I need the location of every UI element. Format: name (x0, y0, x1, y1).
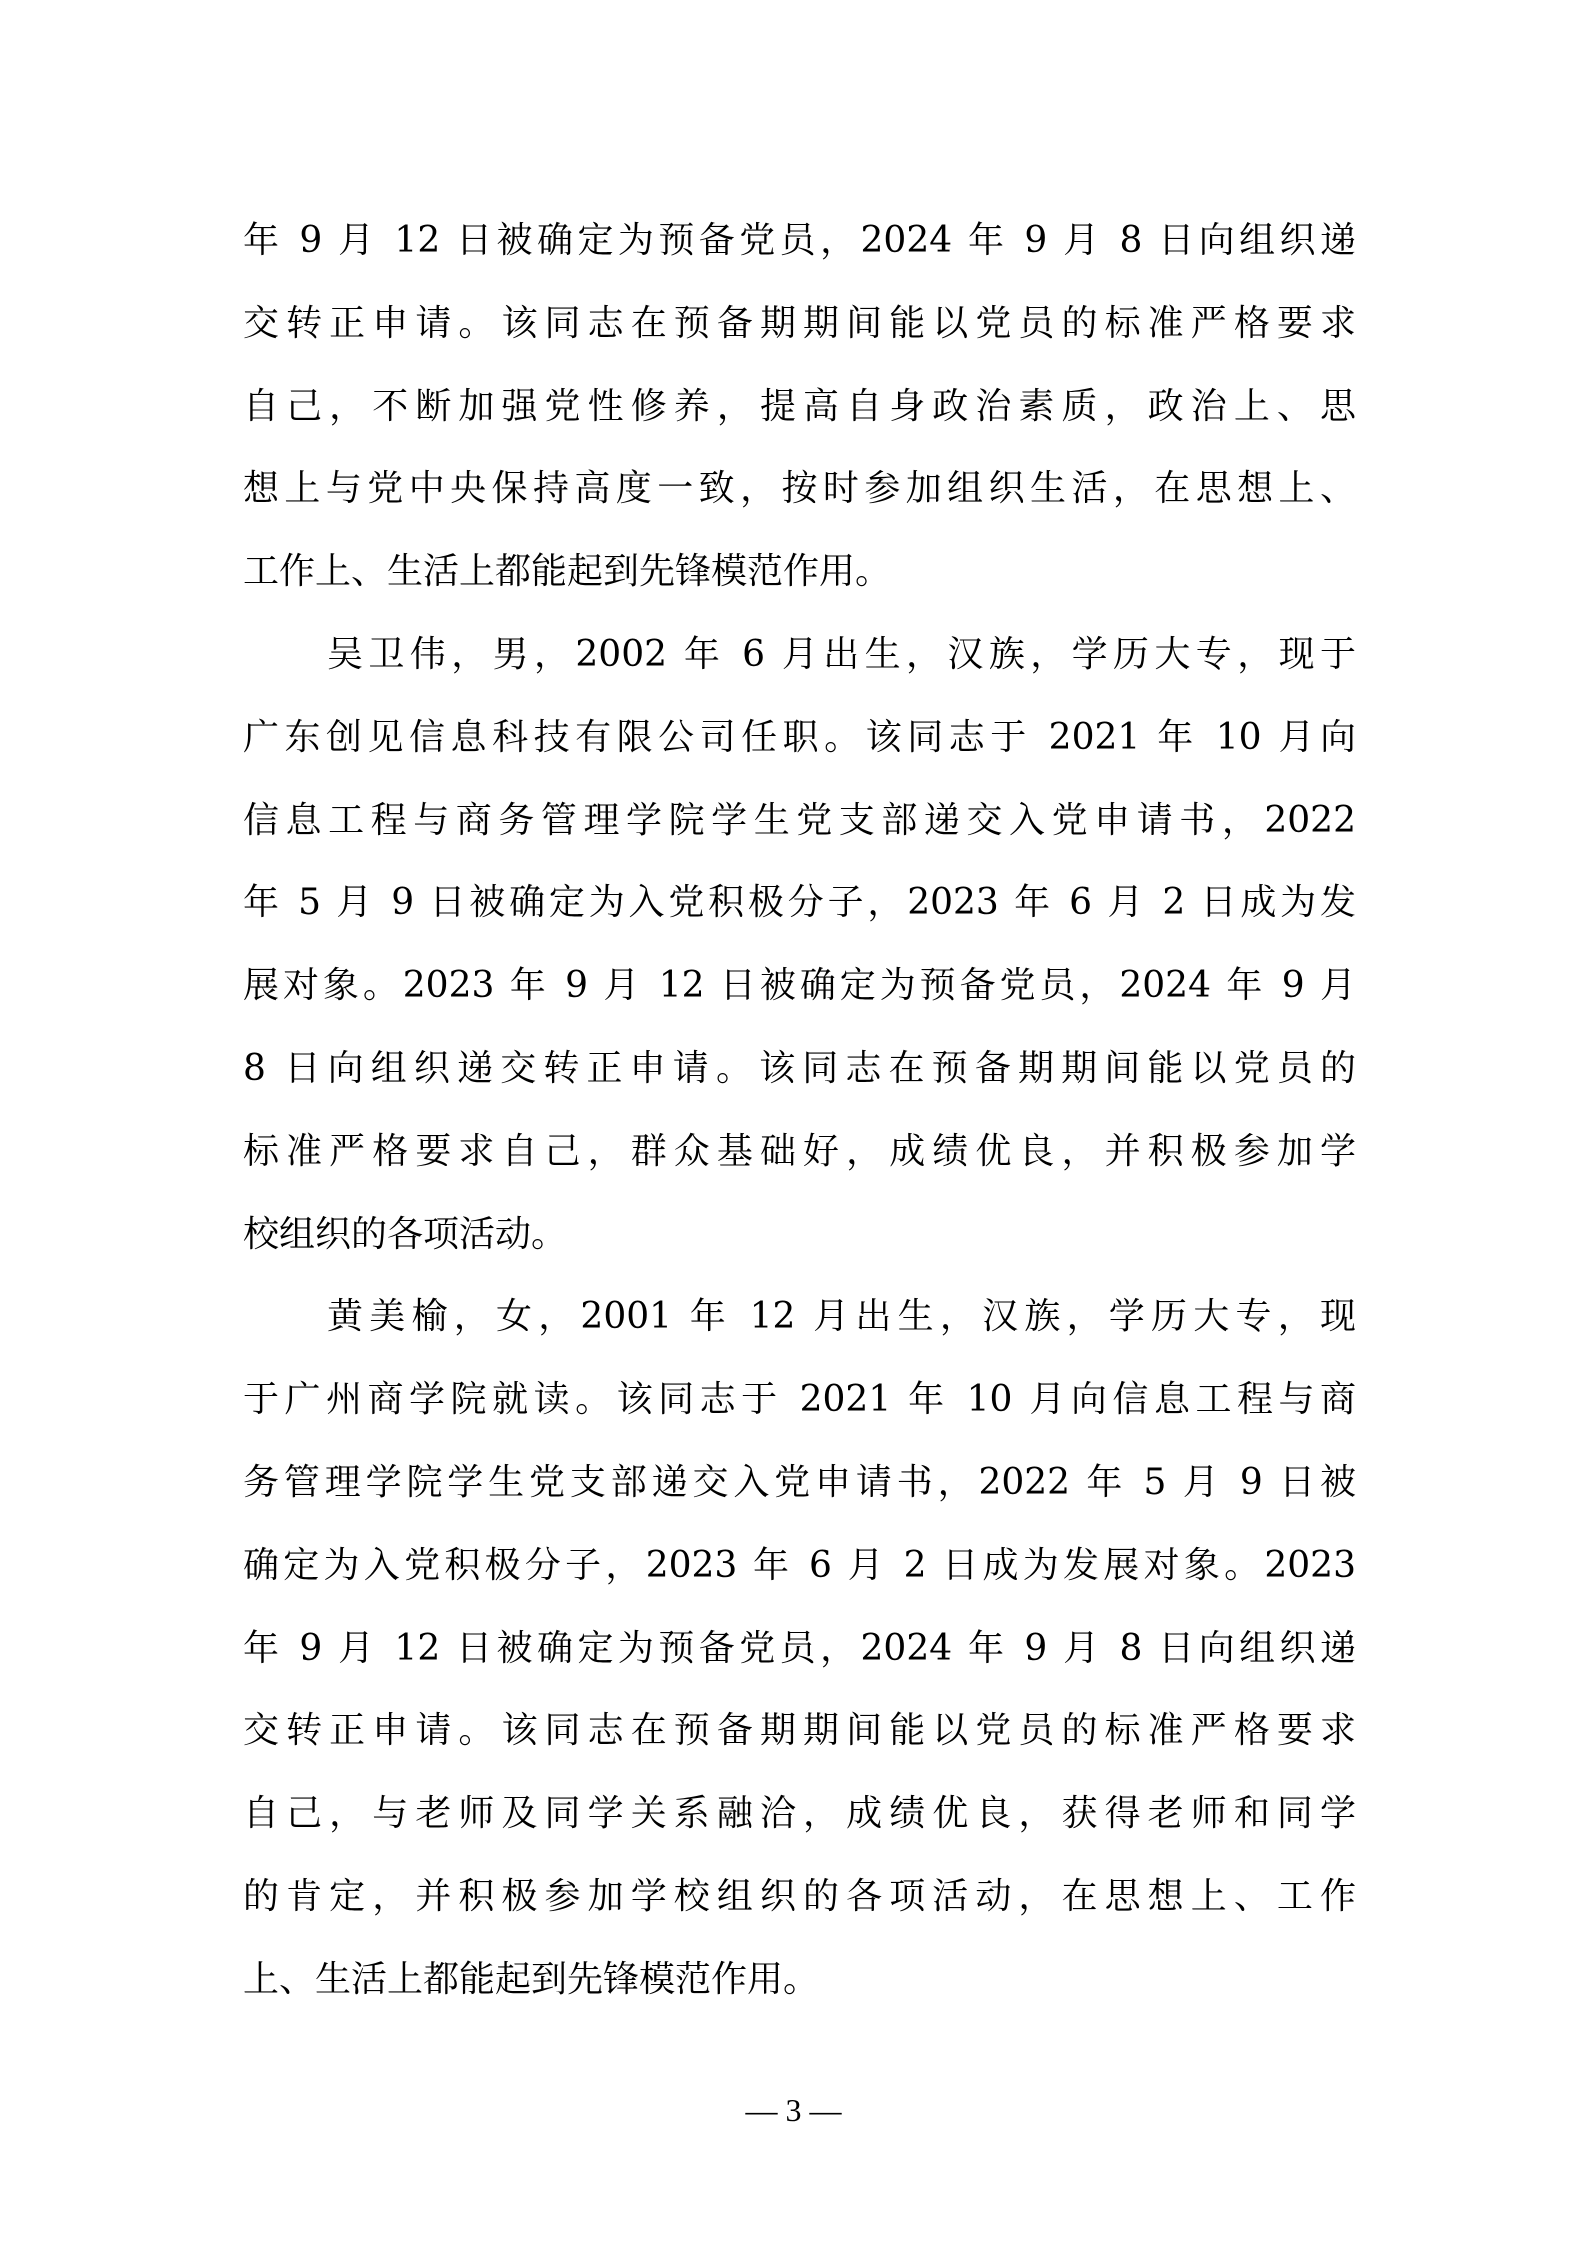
text-line: 交转正申请。该同志在预备期期间能以党员的标准严格要求 (243, 283, 1356, 366)
paragraph-huang-meiyu: 黄美榆，女，2001 年 12 月出生，汉族，学历大专，现 于广州商学院就读。该… (243, 1276, 1356, 2021)
text-line: 上、生活上都能起到先锋模范作用。 (243, 1939, 1356, 2022)
text-line: 工作上、生活上都能起到先锋模范作用。 (243, 531, 1356, 614)
text-line: 信息工程与商务管理学院学生党支部递交入党申请书，2022 (243, 780, 1356, 863)
text-line: 8 日向组织递交转正申请。该同志在预备期期间能以党员的 (243, 1028, 1356, 1111)
body-text: 年 9 月 12 日被确定为预备党员，2024 年 9 月 8 日向组织递 交转… (243, 200, 1356, 2022)
text-line: 标准严格要求自己，群众基础好，成绩优良，并积极参加学 (243, 1111, 1356, 1194)
document-page: 年 9 月 12 日被确定为预备党员，2024 年 9 月 8 日向组织递 交转… (0, 0, 1587, 2245)
text-line: 自己，不断加强党性修养，提高自身政治素质，政治上、思 (243, 366, 1356, 449)
text-line: 的肯定，并积极参加学校组织的各项活动，在思想上、工作 (243, 1856, 1356, 1939)
text-line: 自己，与老师及同学关系融洽，成绩优良，获得老师和同学 (243, 1773, 1356, 1856)
paragraph-wu-weiwei: 吴卫伟，男，2002 年 6 月出生，汉族，学历大专，现于 广东创见信息科技有限… (243, 614, 1356, 1276)
text-line: 于广州商学院就读。该同志于 2021 年 10 月向信息工程与商 (243, 1359, 1356, 1442)
text-line: 广东创见信息科技有限公司任职。该同志于 2021 年 10 月向 (243, 697, 1356, 780)
text-line: 展对象。2023 年 9 月 12 日被确定为预备党员，2024 年 9 月 (243, 945, 1356, 1028)
text-line: 校组织的各项活动。 (243, 1194, 1356, 1277)
text-line: 年 5 月 9 日被确定为入党积极分子，2023 年 6 月 2 日成为发 (243, 862, 1356, 945)
text-line: 吴卫伟，男，2002 年 6 月出生，汉族，学历大专，现于 (243, 614, 1356, 697)
page-number: — 3 — (0, 2085, 1587, 2135)
text-line: 想上与党中央保持高度一致，按时参加组织生活，在思想上、 (243, 448, 1356, 531)
text-line: 务管理学院学生党支部递交入党申请书，2022 年 5 月 9 日被 (243, 1442, 1356, 1525)
paragraph-continued: 年 9 月 12 日被确定为预备党员，2024 年 9 月 8 日向组织递 交转… (243, 200, 1356, 614)
text-line: 交转正申请。该同志在预备期期间能以党员的标准严格要求 (243, 1690, 1356, 1773)
text-line: 确定为入党积极分子，2023 年 6 月 2 日成为发展对象。2023 (243, 1525, 1356, 1608)
text-line: 年 9 月 12 日被确定为预备党员，2024 年 9 月 8 日向组织递 (243, 200, 1356, 283)
text-line: 年 9 月 12 日被确定为预备党员，2024 年 9 月 8 日向组织递 (243, 1608, 1356, 1691)
text-line: 黄美榆，女，2001 年 12 月出生，汉族，学历大专，现 (243, 1276, 1356, 1359)
